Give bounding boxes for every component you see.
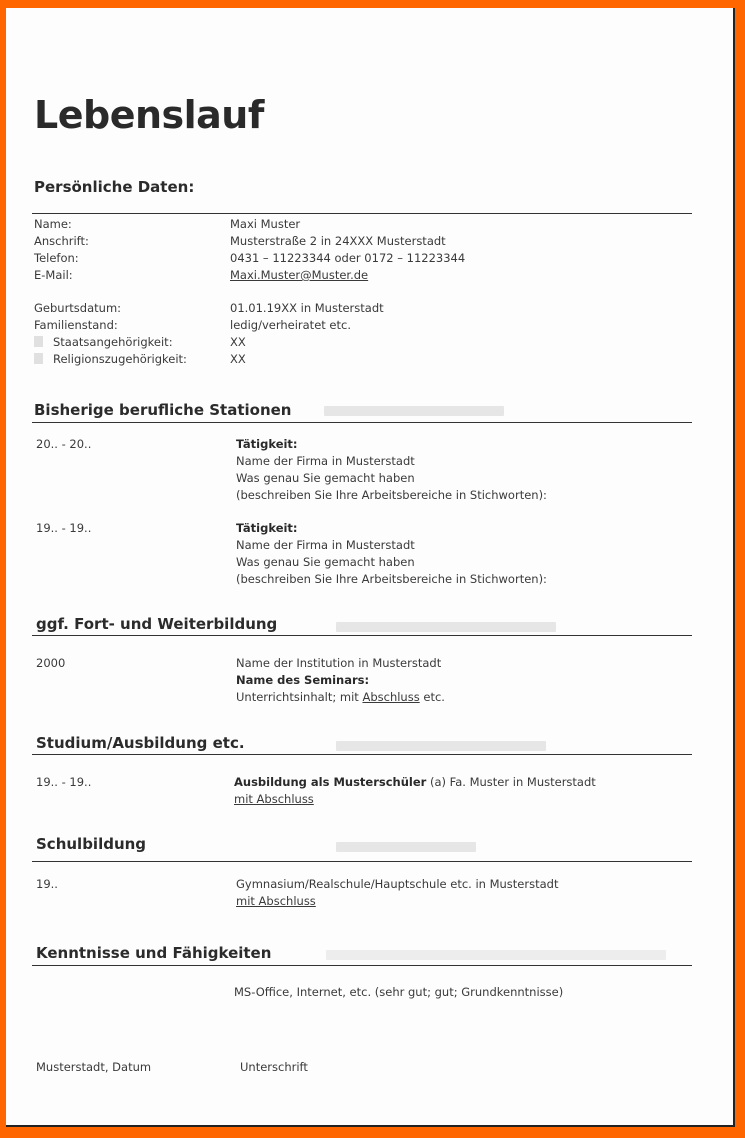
career-date-1: 20.. - 20.. <box>36 436 91 453</box>
career-entry-2: Tätigkeit: Name der Firma in Musterstadt… <box>236 520 547 588</box>
document-title: Lebenslauf <box>34 93 264 137</box>
school-date: 19.. <box>36 876 58 893</box>
ghost-text <box>326 950 666 960</box>
personal-labels-2: Geburtsdatum: Familienstand: Staatsangeh… <box>34 300 187 368</box>
career-line: Name der Firma in Musterstadt <box>236 453 547 470</box>
label-address: Anschrift: <box>34 233 89 250</box>
training-content-underlined: Abschluss <box>362 690 419 704</box>
section-heading-skills: Kenntnisse und Fähigkeiten <box>36 944 271 962</box>
training-date: 2000 <box>36 655 65 672</box>
training-content-suffix: etc. <box>420 690 445 704</box>
training-seminar: Name des Seminars: <box>236 672 445 689</box>
studies-title-bold: Ausbildung als Musterschüler <box>234 775 426 789</box>
checkbox-icon <box>34 353 43 364</box>
training-institution: Name der Institution in Musterstadt <box>236 655 445 672</box>
label-marital-status: Familienstand: <box>34 317 187 334</box>
career-line: Name der Firma in Musterstadt <box>236 537 547 554</box>
value-marital-status: ledig/verheiratet etc. <box>230 317 384 334</box>
label-name: Name: <box>34 216 89 233</box>
signature: Unterschrift <box>240 1059 308 1076</box>
studies-date: 19.. - 19.. <box>36 774 91 791</box>
value-nationality: XX <box>230 334 384 351</box>
section-rule <box>32 635 692 636</box>
studies-entry: Ausbildung als Musterschüler (a) Fa. Mus… <box>234 774 596 808</box>
career-line: (beschreiben Sie Ihre Arbeitsbereiche in… <box>236 487 547 504</box>
value-email: Maxi.Muster@Muster.de <box>230 267 465 284</box>
career-role-2: Tätigkeit: <box>236 520 547 537</box>
section-rule <box>32 213 692 214</box>
career-date-2: 19.. - 19.. <box>36 520 91 537</box>
studies-note: mit Abschluss <box>234 791 596 808</box>
section-heading-studies: Studium/Ausbildung etc. <box>36 734 245 752</box>
ghost-text <box>336 622 556 632</box>
school-entry: Gymnasium/Realschule/Hauptschule etc. in… <box>236 876 558 910</box>
training-content-prefix: Unterrichtsinhalt; mit <box>236 690 362 704</box>
section-heading-personal: Persönliche Daten: <box>34 178 194 196</box>
personal-labels: Name: Anschrift: Telefon: E-Mail: <box>34 216 89 284</box>
career-role-1: Tätigkeit: <box>236 436 547 453</box>
section-rule <box>32 422 692 423</box>
career-entry-1: Tätigkeit: Name der Firma in Musterstadt… <box>236 436 547 504</box>
school-line: Gymnasium/Realschule/Hauptschule etc. in… <box>236 876 558 893</box>
checkbox-icon <box>34 336 43 347</box>
career-line: (beschreiben Sie Ihre Arbeitsbereiche in… <box>236 571 547 588</box>
training-content: Unterrichtsinhalt; mit Abschluss etc. <box>236 689 445 706</box>
label-phone: Telefon: <box>34 250 89 267</box>
section-rule <box>32 754 692 755</box>
skills-line: MS-Office, Internet, etc. (sehr gut; gut… <box>234 984 563 1001</box>
place-date: Musterstadt, Datum <box>36 1059 151 1076</box>
studies-title-rest: (a) Fa. Muster in Musterstadt <box>426 775 595 789</box>
label-email: E-Mail: <box>34 267 89 284</box>
school-note: mit Abschluss <box>236 893 558 910</box>
value-phone: 0431 – 11223344 oder 0172 – 11223344 <box>230 250 465 267</box>
section-heading-career: Bisherige berufliche Stationen <box>34 401 291 419</box>
value-address: Musterstraße 2 in 24XXX Musterstadt <box>230 233 465 250</box>
personal-values: Maxi Muster Musterstraße 2 in 24XXX Must… <box>230 216 465 284</box>
career-line: Was genau Sie gemacht haben <box>236 554 547 571</box>
ghost-text <box>336 842 476 852</box>
section-rule <box>32 861 692 862</box>
value-birthdate: 01.01.19XX in Musterstadt <box>230 300 384 317</box>
value-name: Maxi Muster <box>230 216 465 233</box>
label-religion: Religionszugehörigkeit: <box>53 352 187 366</box>
ghost-text <box>336 741 546 751</box>
section-heading-training: ggf. Fort- und Weiterbildung <box>36 615 277 633</box>
ghost-text <box>324 406 504 416</box>
label-nationality: Staatsangehörigkeit: <box>53 335 173 349</box>
career-line: Was genau Sie gemacht haben <box>236 470 547 487</box>
cv-page: Lebenslauf Persönliche Daten: Name: Ansc… <box>6 8 735 1127</box>
studies-title: Ausbildung als Musterschüler (a) Fa. Mus… <box>234 774 596 791</box>
section-rule <box>32 965 692 966</box>
label-nationality-row: Staatsangehörigkeit: <box>34 334 187 351</box>
personal-values-2: 01.01.19XX in Musterstadt ledig/verheira… <box>230 300 384 368</box>
label-birthdate: Geburtsdatum: <box>34 300 187 317</box>
section-heading-school: Schulbildung <box>36 835 146 853</box>
value-religion: XX <box>230 351 384 368</box>
training-entry: Name der Institution in Musterstadt Name… <box>236 655 445 706</box>
label-religion-row: Religionszugehörigkeit: <box>34 351 187 368</box>
